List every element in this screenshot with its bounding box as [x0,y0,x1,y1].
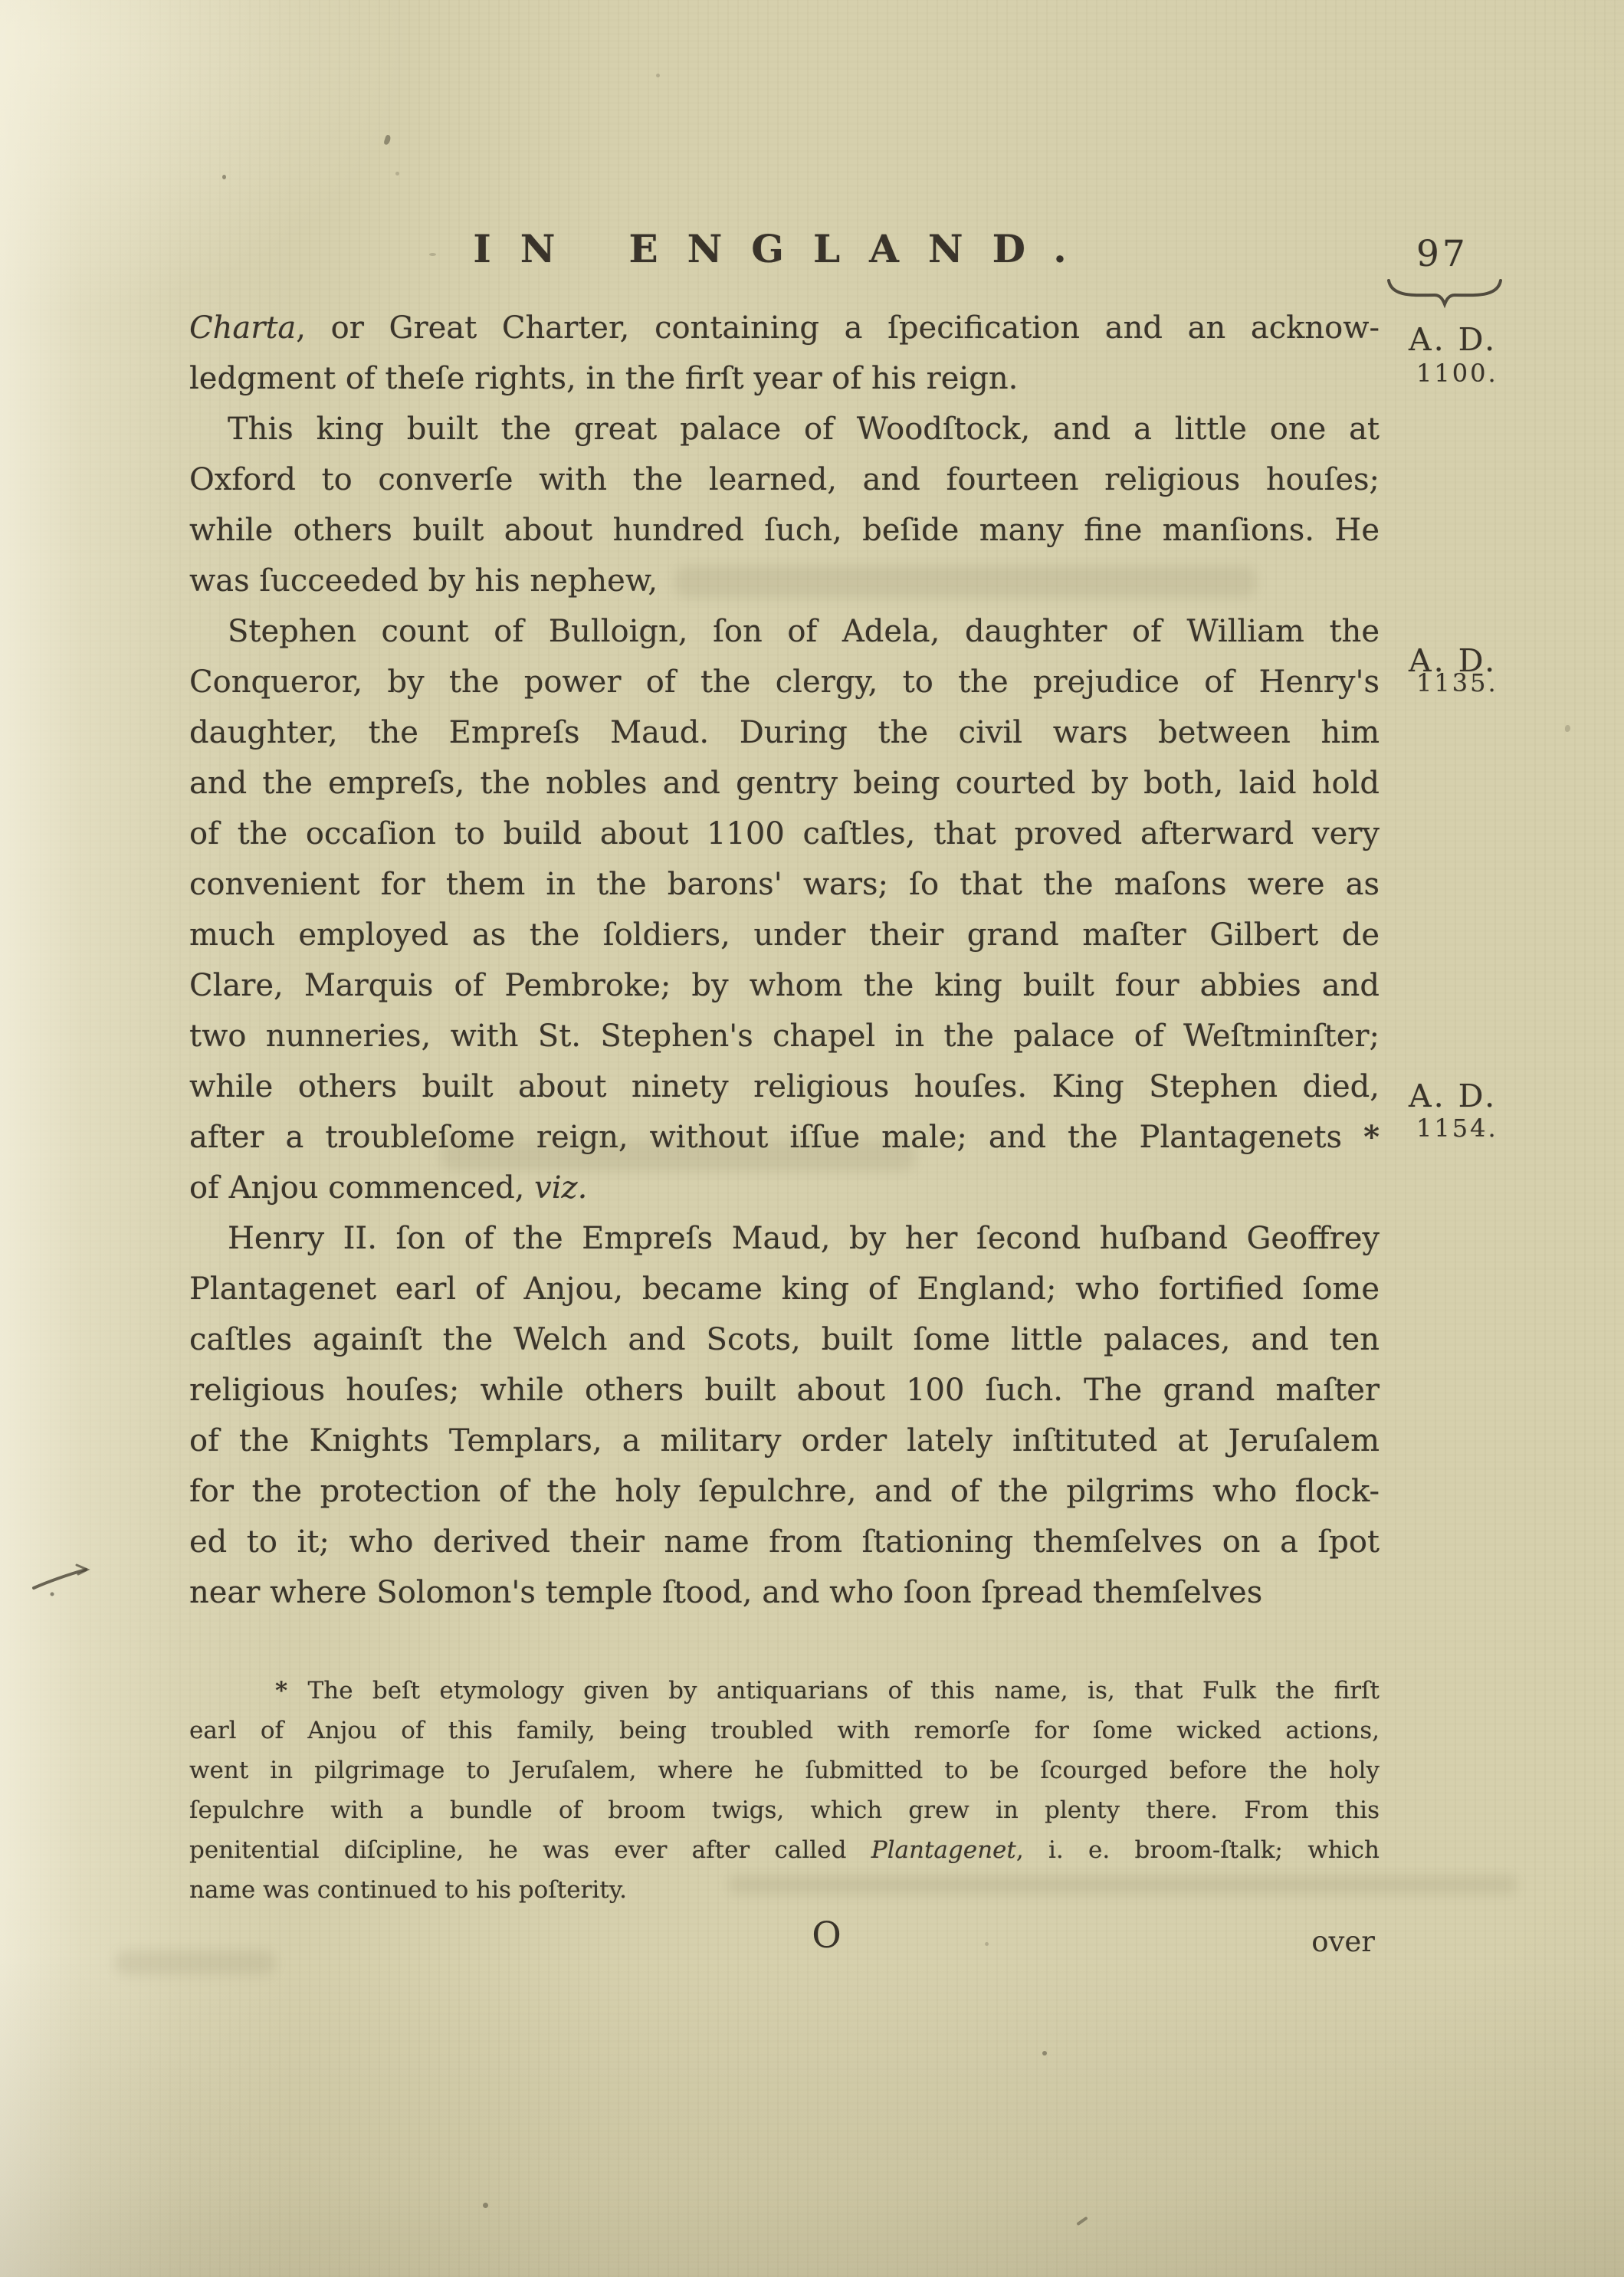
paper-speck [1565,725,1570,732]
text-line: ſepulchre with a bundle of broom twigs, … [189,1790,1380,1830]
text-run: religious houſes; while others built abo… [189,1373,1380,1408]
footnote-text: * The beſt etymology given by antiquaria… [189,1671,1380,1910]
paper-speck [1042,2051,1047,2056]
text-run: was ſucceeded by his nephew, [189,563,658,599]
paper-speck [483,2203,488,2208]
text-run: penitential diſcipline, he was ever afte… [189,1836,871,1864]
text-run: of the occaſion to build about 1100 caſt… [189,816,1380,851]
text-line: while others built about hundred ſuch, b… [189,505,1380,556]
text-run: caſtles againſt the Welch and Scots, bui… [189,1322,1380,1357]
text-line: earl of Anjou of this family, being trou… [189,1711,1380,1750]
text-run: , i. e. broom-ſtalk; which [1016,1836,1380,1864]
text-run: of Anjou commenced, [189,1170,534,1206]
text-line: Clare, Marquis of Pembroke; by whom the … [189,960,1380,1011]
text-line: This king built the great palace of Wood… [189,404,1380,454]
running-header: INENGLAND. [189,226,1380,271]
text-run: * [1363,1119,1380,1155]
text-run: Conqueror, by the power of the clergy, t… [189,664,1380,700]
text-line: of the occaſion to build about 1100 caſt… [189,809,1380,859]
text-run: This king built the great palace of Wood… [228,412,1380,447]
body-text: Charta, or Great Charter, containing a ſ… [189,303,1380,1618]
text-line: of the Knights Templars, a military orde… [189,1416,1380,1466]
text-run: ed to it; who derived their name from ſt… [189,1524,1380,1560]
text-run: * [275,1677,308,1704]
text-run: Oxford to converſe with the learned, and… [189,462,1380,497]
text-line: Stephen count of Bulloign, ſon of Adela,… [189,606,1380,657]
text-line: much employed as the ſoldiers, under the… [189,910,1380,960]
text-line: ledgment of theſe rights, in the firſt y… [189,353,1380,404]
catchword: over [189,1925,1380,1958]
text-run: Plantagenet earl of Anjou, became king o… [189,1271,1380,1307]
text-line: Oxford to converſe with the learned, and… [189,454,1380,505]
text-line: went in pilgrimage to Jeruſalem, where h… [189,1750,1380,1790]
text-line: Plantagenet earl of Anjou, became king o… [189,1264,1380,1314]
text-run: while others built about ninety religiou… [189,1069,1380,1104]
text-run: ſepulchre with a bundle of broom twigs, … [189,1796,1380,1824]
text-run: two nunneries, with St. Stephen's chapel… [189,1019,1380,1054]
paper-speck [383,134,392,146]
text-run: ledgment of theſe rights, in the firſt y… [189,361,1018,396]
text-run: Stephen count of Bulloign, ſon of Adela,… [228,614,1380,649]
text-line: * The beſt etymology given by antiquaria… [189,1671,1380,1711]
page-number: 97 [1416,233,1468,275]
text-run: earl of Anjou of this family, being trou… [189,1717,1380,1744]
margin-note-year: 1154. [1416,1114,1498,1143]
text-run: and the empreſs, the nobles and gentry b… [189,766,1380,801]
running-header-word: IN [473,226,584,271]
italic-text-run: Charta [189,310,296,346]
text-run: The beſt etymology given by antiquarians… [308,1677,1380,1704]
text-line: after a troubleſome reign, without iſſue… [189,1112,1380,1163]
text-run: name was continued to his poſterity. [189,1876,627,1904]
text-line: for the protection of the holy ſepulchre… [189,1466,1380,1517]
italic-text-run: viz. [534,1170,587,1206]
text-line: convenient for them in the barons' wars;… [189,859,1380,910]
paper-speck [395,172,399,176]
text-run: for the protection of the holy ſepulchre… [189,1474,1380,1509]
text-run: while others built about hundred ſuch, b… [189,513,1380,548]
text-line: and the empreſs, the nobles and gentry b… [189,758,1380,809]
text-line: Henry II. ſon of the Empreſs Maud, by he… [189,1213,1380,1264]
text-run: much employed as the ſoldiers, under the… [189,917,1380,953]
text-line: Charta, or Great Charter, containing a ſ… [189,303,1380,353]
margin-note-ad: A. D. [1409,321,1497,358]
text-line: religious houſes; while others built abo… [189,1365,1380,1416]
text-line: was ſucceeded by his nephew, [189,556,1380,606]
text-line: ed to it; who derived their name from ſt… [189,1517,1380,1567]
text-line: caſtles againſt the Welch and Scots, bui… [189,1314,1380,1365]
text-line: name was continued to his poſterity. [189,1870,1380,1910]
text-run: , or Great Charter, containing a ſpecifi… [296,310,1380,346]
margin-note-year: 1135. [1416,668,1498,697]
running-header-word: ENGLAND. [628,226,1095,271]
page-number-underbrace [1384,276,1505,310]
margin-note-ad: A. D. [1409,1078,1497,1114]
text-run: Henry II. ſon of the Empreſs Maud, by he… [228,1221,1380,1256]
text-line: penitential diſcipline, he was ever afte… [189,1830,1380,1870]
margin-note-year: 1100. [1416,359,1498,388]
paper-speck [1076,2216,1088,2226]
text-line: while others built about ninety religiou… [189,1061,1380,1112]
paper-speck [222,175,226,179]
italic-text-run: Plantagenet [871,1836,1016,1864]
text-run: went in pilgrimage to Jeruſalem, where h… [189,1757,1380,1784]
text-line: Conqueror, by the power of the clergy, t… [189,657,1380,707]
text-line: two nunneries, with St. Stephen's chapel… [189,1011,1380,1061]
text-line: of Anjou commenced, viz. [189,1163,1380,1213]
text-run: daughter, the Empreſs Maud. During the c… [189,715,1380,750]
pen-mark [29,1562,98,1597]
text-run: Clare, Marquis of Pembroke; by whom the … [189,968,1380,1003]
text-run: after a troubleſome reign, without iſſue… [189,1120,1363,1155]
paper-speck [656,74,660,77]
text-run: convenient for them in the barons' wars;… [189,867,1380,902]
text-run: near where Solomon's temple ſtood, and w… [189,1575,1262,1610]
text-line: near where Solomon's temple ſtood, and w… [189,1567,1380,1618]
text-run: of the Knights Templars, a military orde… [189,1423,1380,1458]
text-line: daughter, the Empreſs Maud. During the c… [189,707,1380,758]
book-page-scan: INENGLAND. 97 A. D. 1100. A. D. 1135. A.… [0,0,1624,2277]
